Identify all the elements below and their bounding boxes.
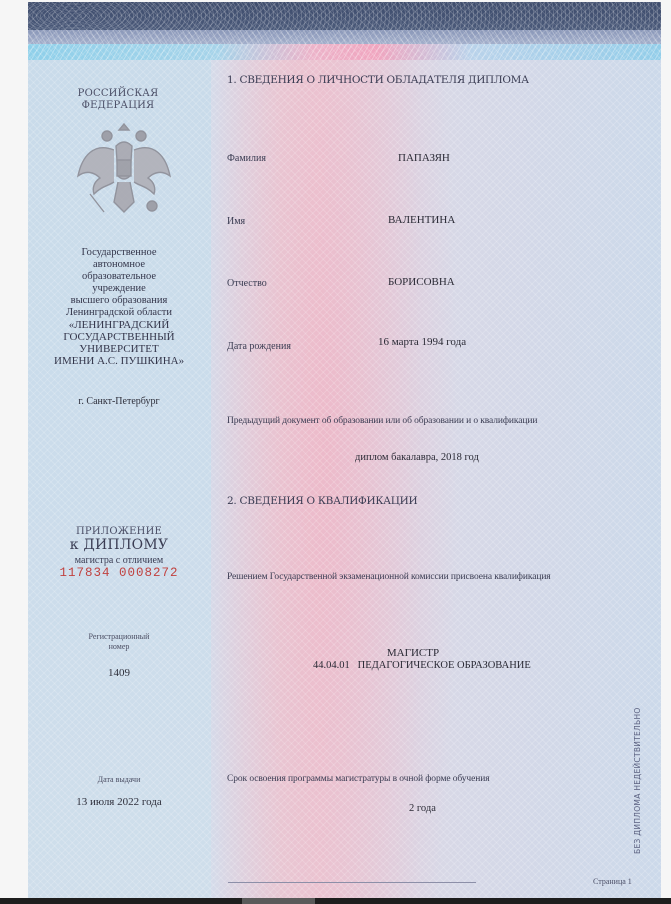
scrollbar-thumb[interactable]	[242, 898, 315, 904]
horizontal-scrollbar[interactable]	[0, 898, 671, 904]
country-line-2: ФЕДЕРАЦИЯ	[68, 100, 168, 112]
vertical-validity-note: БЕЗ ДИПЛОМА НЕДЕЙСТВИТЕЛЬНО	[633, 707, 642, 854]
registration-label-line: номер	[54, 642, 184, 652]
institution-line: Государственное	[54, 247, 184, 259]
issue-date: 13 июля 2022 года	[54, 796, 184, 808]
patronymic-value: БОРИСОВНА	[388, 276, 455, 288]
birth-date-label: Дата рождения	[227, 341, 291, 352]
institution-line: высшего образования	[54, 295, 184, 307]
previous-document-value: диплом бакалавра, 2018 год	[355, 452, 479, 463]
institution-name: Государственное автономное образовательн…	[54, 247, 184, 367]
section-1-heading: 1. СВЕДЕНИЯ О ЛИЧНОСТИ ОБЛАДАТЕЛЯ ДИПЛОМ…	[227, 74, 529, 86]
patronymic-label: Отчество	[227, 278, 267, 289]
institution-line: УНИВЕРСИТЕТ	[54, 343, 184, 355]
security-band-top	[28, 2, 661, 30]
institution-line: ИМЕНИ А.С. ПУШКИНА»	[54, 355, 184, 367]
institution-line: автономное	[54, 259, 184, 271]
registration-label-line: Регистрационный	[54, 632, 184, 642]
name-value: ВАЛЕНТИНА	[388, 214, 455, 226]
qualification-value: МАГИСТР	[228, 647, 598, 659]
page-number: Страница 1	[593, 877, 632, 886]
serial-number: 117834 0008272	[48, 566, 190, 580]
institution-line: «ЛЕНИНГРАДСКИЙ	[54, 319, 184, 331]
russian-coat-of-arms-icon	[64, 116, 184, 226]
institution-line: учреждение	[54, 283, 184, 295]
registration-label: Регистрационный номер	[54, 632, 184, 652]
country-line-1: РОССИЙСКАЯ	[68, 88, 168, 100]
surname-value: ПАПАЗЯН	[398, 152, 450, 164]
diploma-type: магистра с отличием	[54, 555, 184, 566]
institution-line: ГОСУДАРСТВЕННЫЙ	[54, 331, 184, 343]
name-label: Имя	[227, 216, 245, 227]
previous-document-label: Предыдущий документ об образовании или о…	[227, 416, 537, 426]
security-band-middle	[28, 30, 661, 44]
appendix-subtitle: к ДИПЛОМУ	[54, 537, 184, 553]
diploma-appendix-page: РОССИЙСКАЯ ФЕДЕРАЦИЯ Государственное авт…	[28, 2, 661, 898]
registration-number: 1409	[54, 667, 184, 679]
study-duration-label: Срок освоения программы магистратуры в о…	[227, 774, 489, 784]
country-name: РОССИЙСКАЯ ФЕДЕРАЦИЯ	[68, 88, 168, 112]
surname-label: Фамилия	[227, 153, 266, 164]
specialty-value: 44.04.01 ПЕДАГОГИЧЕСКОЕ ОБРАЗОВАНИЕ	[313, 660, 531, 671]
birth-date-value: 16 марта 1994 года	[378, 336, 466, 348]
institution-line: образовательное	[54, 271, 184, 283]
city: г. Санкт-Петербург	[54, 396, 184, 407]
issue-date-label: Дата выдачи	[54, 775, 184, 784]
institution-line: Ленинградской области	[54, 307, 184, 319]
section-2-heading: 2. СВЕДЕНИЯ О КВАЛИФИКАЦИИ	[227, 495, 417, 507]
signature-line	[228, 882, 476, 883]
security-band-rainbow	[28, 44, 661, 60]
qualification-decision-label: Решением Государственной экзаменационной…	[227, 572, 551, 582]
study-duration-value: 2 года	[409, 803, 436, 814]
appendix-title: ПРИЛОЖЕНИЕ	[54, 526, 184, 537]
